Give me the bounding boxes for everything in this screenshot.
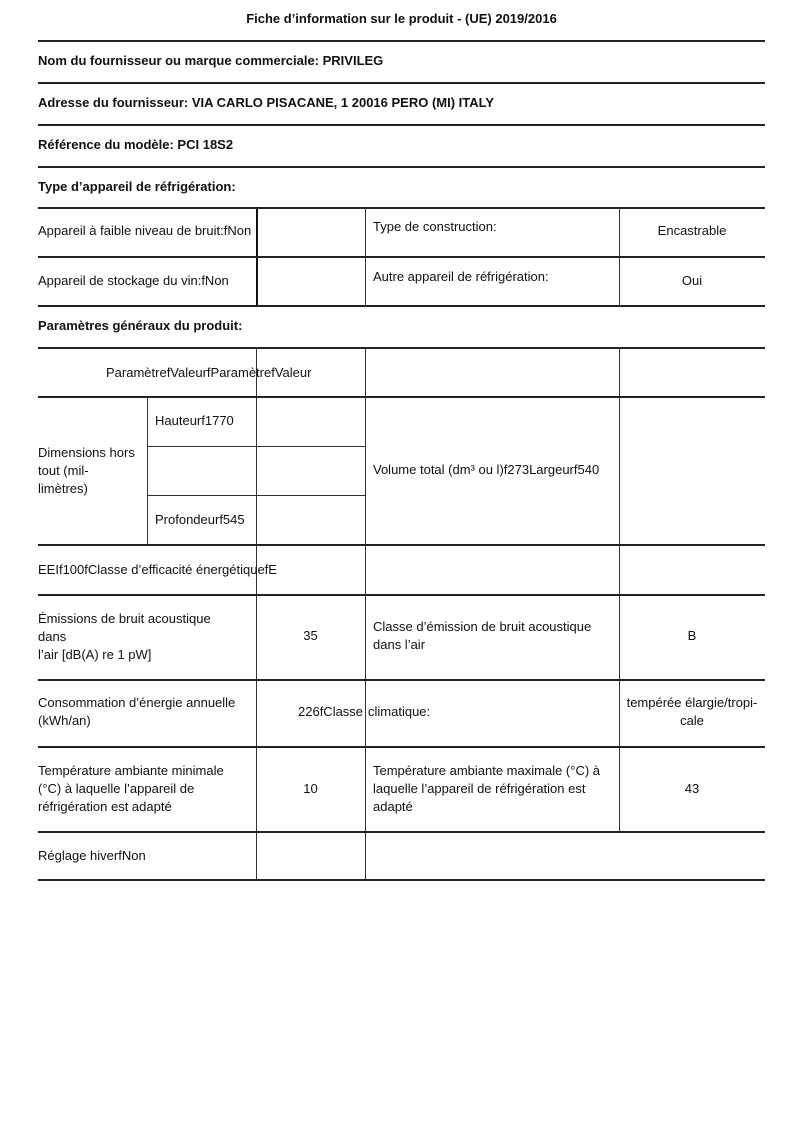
noise-value: 35	[256, 627, 365, 645]
noise-label-line: Émissions de bruit acoustique	[38, 610, 211, 628]
noise-label-line: l’air [dB(A) re 1 pW]	[38, 646, 151, 664]
low-noise-label: Appareil à faible niveau de bruit:fNon	[38, 222, 251, 240]
noise-class-label-line: Classe d’émission de bruit acoustique	[373, 618, 591, 636]
noise-label-line: dans	[38, 628, 66, 646]
divider	[38, 124, 765, 126]
min-temp-label-line: (°C) à laquelle l’appareil de	[38, 780, 194, 798]
min-temp-label-line: Température ambiante minimale	[38, 762, 224, 780]
table-border	[38, 207, 765, 209]
min-temp-label-line: réfrigération est adapté	[38, 798, 172, 816]
column-border	[619, 347, 620, 831]
column-border	[147, 397, 148, 545]
column-border	[256, 347, 257, 880]
row-border	[38, 544, 765, 546]
dimensions-label-line: limètres)	[38, 480, 88, 498]
row-border	[38, 305, 765, 307]
general-params-heading: Paramètres généraux du produit:	[38, 317, 242, 335]
construction-type-label: Type de construction:	[373, 218, 497, 236]
max-temp-label-line: laquelle l’appareil de réfrigération est	[373, 780, 585, 798]
row-border	[147, 446, 365, 447]
energy-value: 226fClasse	[298, 703, 363, 721]
row-border	[38, 746, 765, 748]
column-border	[365, 347, 366, 880]
climate-class-label: climatique:	[368, 703, 430, 721]
volume-width-value: Volume total (dm³ ou l)f273Largeurf540	[373, 461, 599, 479]
supplier-name: Nom du fournisseur ou marque commerciale…	[38, 52, 383, 70]
dimensions-label-line: Dimensions hors	[38, 444, 135, 462]
max-temp-label-line: Température ambiante maximale (°C) à	[373, 762, 600, 780]
row-border	[38, 594, 765, 596]
row-border	[147, 495, 365, 496]
model-reference: Référence du modèle: PCI 18S2	[38, 136, 233, 154]
params-header: ParamètrefValeurfParamètrefValeur	[106, 364, 311, 382]
divider	[38, 82, 765, 84]
supplier-address: Adresse du fournisseur: VIA CARLO PISACA…	[38, 94, 494, 112]
row-border	[38, 256, 765, 258]
energy-label-line: Consommation d’énergie annuelle	[38, 694, 235, 712]
divider	[38, 166, 765, 168]
other-appliance-label: Autre appareil de réfrigération:	[373, 268, 549, 286]
table-border	[38, 347, 765, 349]
row-border	[38, 679, 765, 681]
depth-value: Profondeurf545	[155, 511, 245, 529]
winter-setting: Réglage hiverfNon	[38, 847, 146, 865]
table-border	[38, 879, 765, 881]
page-title: Fiche d’information sur le produit - (UE…	[38, 10, 765, 28]
min-temp-value: 10	[256, 780, 365, 798]
energy-label-line: (kWh/an)	[38, 712, 91, 730]
appliance-type-heading: Type d’appareil de réfrigération:	[38, 178, 236, 196]
dimensions-label-line: tout (mil-	[38, 462, 89, 480]
max-temp-label-line: adapté	[373, 798, 413, 816]
row-border	[38, 831, 765, 833]
noise-class-label-line: dans l’air	[373, 636, 425, 654]
eei-row: EEIf100fClasse d’efficacité énergétiquef…	[38, 561, 277, 579]
max-temp-value: 43	[619, 780, 765, 798]
climate-class-value-line: tempérée élargie/tropi-	[619, 694, 765, 712]
other-appliance-value: Oui	[619, 272, 765, 290]
construction-type-value: Encastrable	[619, 222, 765, 240]
climate-class-value-line: cale	[619, 712, 765, 730]
noise-class-value: B	[619, 627, 765, 645]
wine-storage-label: Appareil de stockage du vin:fNon	[38, 272, 229, 290]
height-value: Hauteurf1770	[155, 412, 234, 430]
divider	[38, 40, 765, 42]
